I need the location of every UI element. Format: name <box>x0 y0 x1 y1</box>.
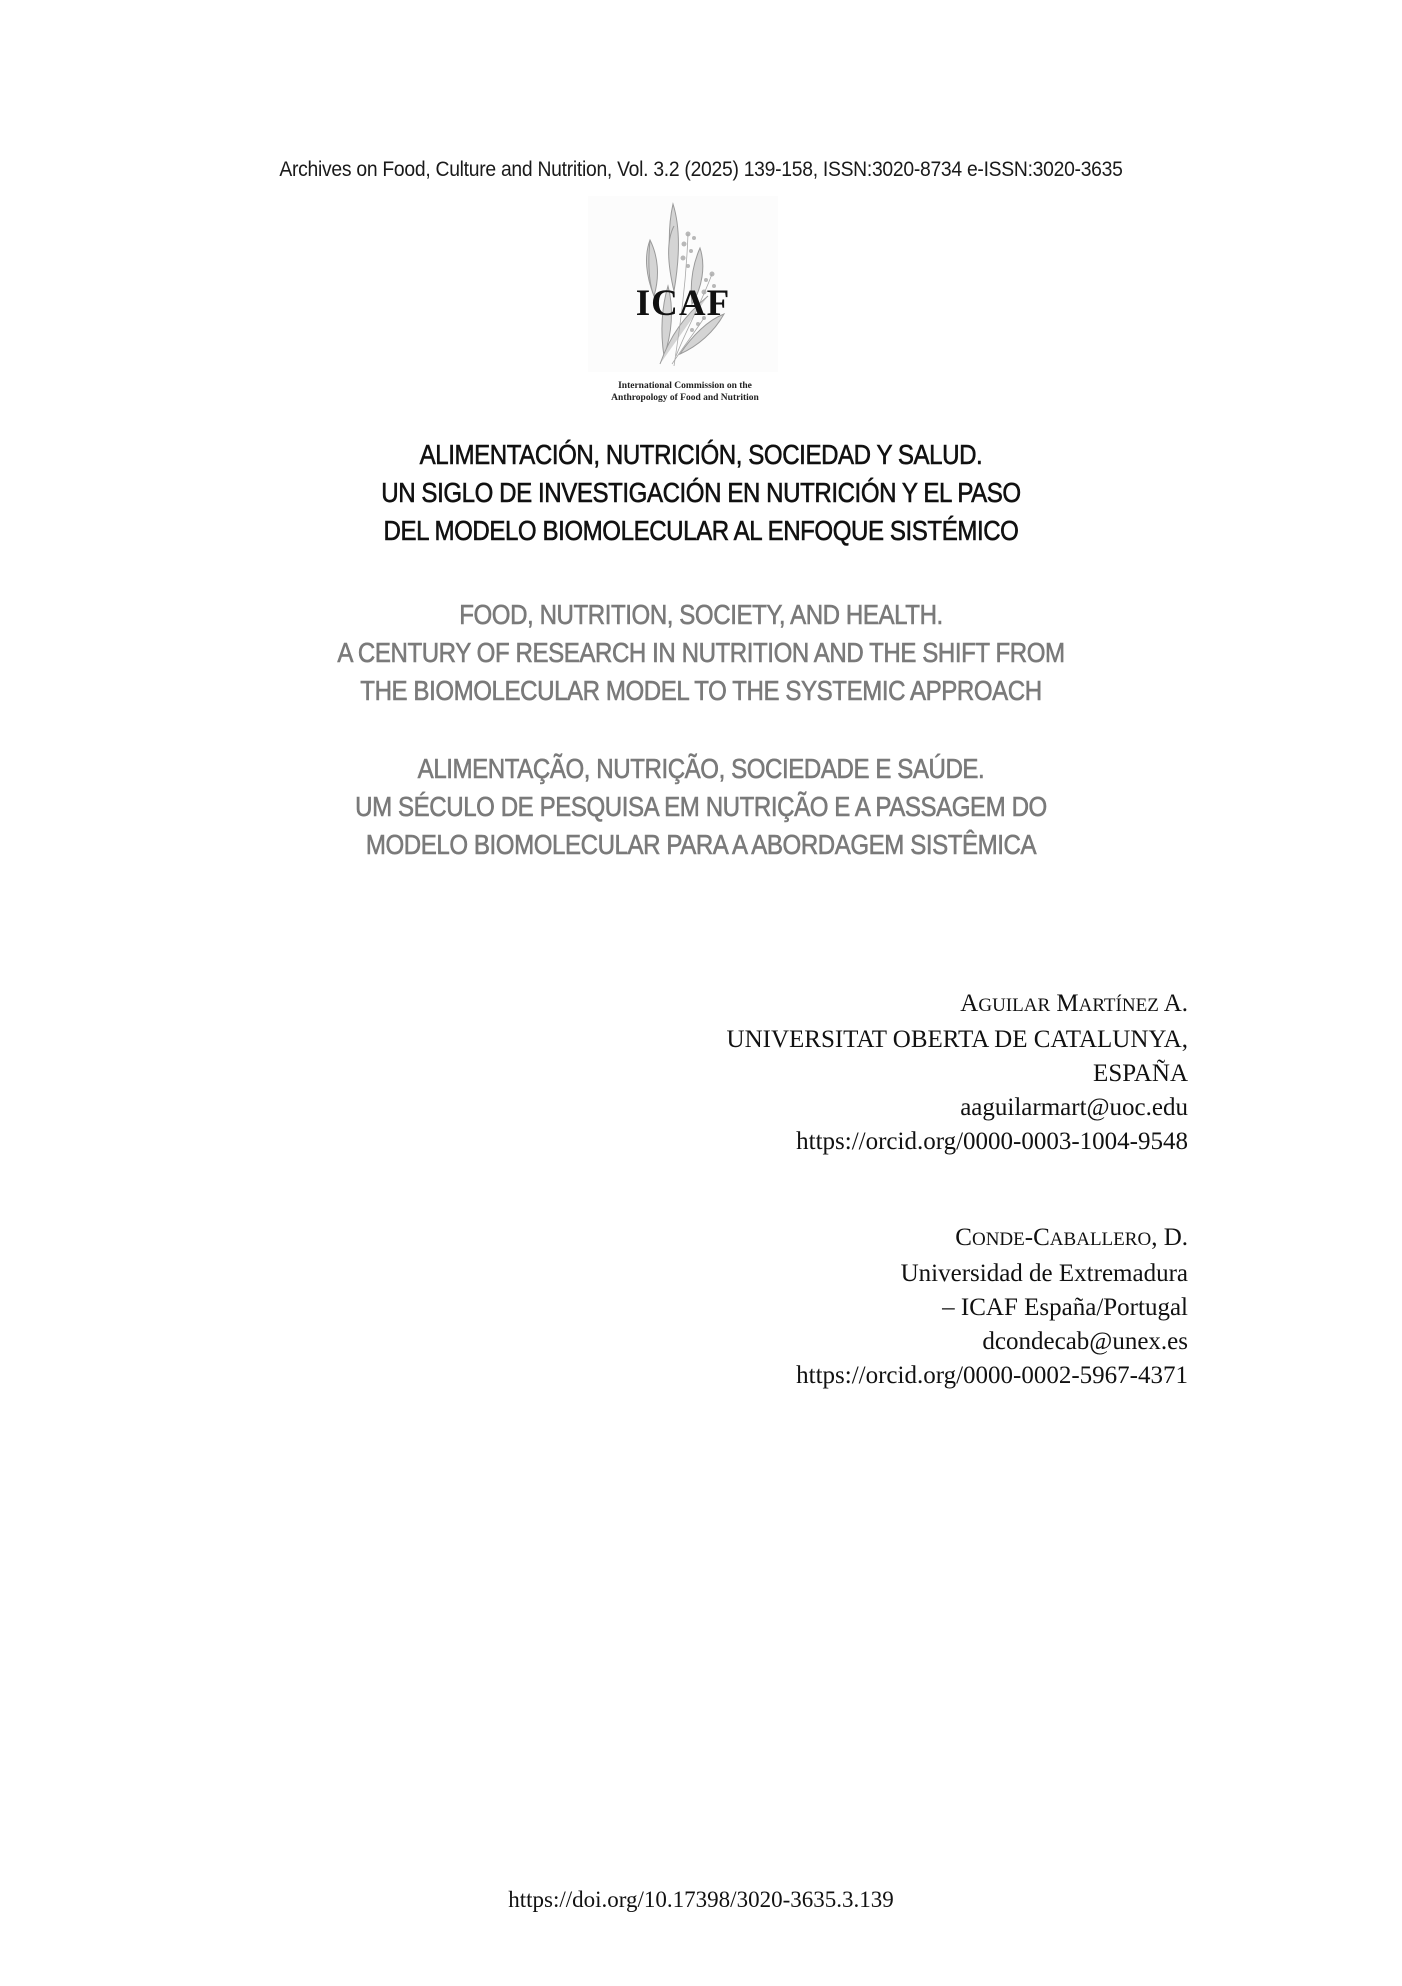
title-line: THE BIOMOLECULAR MODEL TO THE SYSTEMIC A… <box>98 672 1304 710</box>
title-line: ALIMENTAÇÃO, NUTRIÇÃO, SOCIEDADE E SAÚDE… <box>98 750 1304 788</box>
author-affiliation: UNIVERSITAT OBERTA DE CATALUNYA, <box>727 1023 1188 1057</box>
icaf-logo: ICAF <box>588 196 778 372</box>
author-country: ESPAÑA <box>727 1057 1188 1091</box>
title-line: A CENTURY OF RESEARCH IN NUTRITION AND T… <box>98 634 1304 672</box>
logo-caption: International Commission on the Anthropo… <box>540 380 830 404</box>
author-name: CONDE-CABALLERO, D. <box>796 1221 1188 1257</box>
title-english: FOOD, NUTRITION, SOCIETY, AND HEALTH. A … <box>0 596 1402 710</box>
author-email[interactable]: aaguilarmart@uoc.edu <box>727 1091 1188 1125</box>
author-affiliation: Universidad de Extremadura <box>796 1257 1188 1291</box>
title-portuguese: ALIMENTAÇÃO, NUTRIÇÃO, SOCIEDADE E SAÚDE… <box>0 750 1402 864</box>
title-line: ALIMENTACIÓN, NUTRICIÓN, SOCIEDAD Y SALU… <box>98 436 1304 474</box>
doi-link[interactable]: https://doi.org/10.17398/3020-3635.3.139 <box>0 1887 1402 1913</box>
author-affiliation-2: – ICAF España/Portugal <box>796 1291 1188 1325</box>
logo-text: ICAF <box>588 282 778 325</box>
title-line: MODELO BIOMOLECULAR PARA A ABORDAGEM SIS… <box>98 826 1304 864</box>
author-orcid-link[interactable]: https://orcid.org/0000-0003-1004-9548 <box>727 1125 1188 1159</box>
author-email[interactable]: dcondecab@unex.es <box>796 1325 1188 1359</box>
author-block-1: AGUILAR MARTÍNEZ A. UNIVERSITAT OBERTA D… <box>727 987 1188 1159</box>
author-name: AGUILAR MARTÍNEZ A. <box>727 987 1188 1023</box>
title-line: DEL MODELO BIOMOLECULAR AL ENFOQUE SISTÉ… <box>98 512 1304 550</box>
author-block-2: CONDE-CABALLERO, D. Universidad de Extre… <box>796 1221 1188 1393</box>
title-spanish: ALIMENTACIÓN, NUTRICIÓN, SOCIEDAD Y SALU… <box>0 436 1402 550</box>
title-line: UN SIGLO DE INVESTIGACIÓN EN NUTRICIÓN Y… <box>98 474 1304 512</box>
title-line: UM SÉCULO DE PESQUISA EM NUTRIÇÃO E A PA… <box>98 788 1304 826</box>
title-line: FOOD, NUTRITION, SOCIETY, AND HEALTH. <box>98 596 1304 634</box>
author-orcid-link[interactable]: https://orcid.org/0000-0002-5967-4371 <box>796 1359 1188 1393</box>
journal-header: Archives on Food, Culture and Nutrition,… <box>56 158 1346 182</box>
